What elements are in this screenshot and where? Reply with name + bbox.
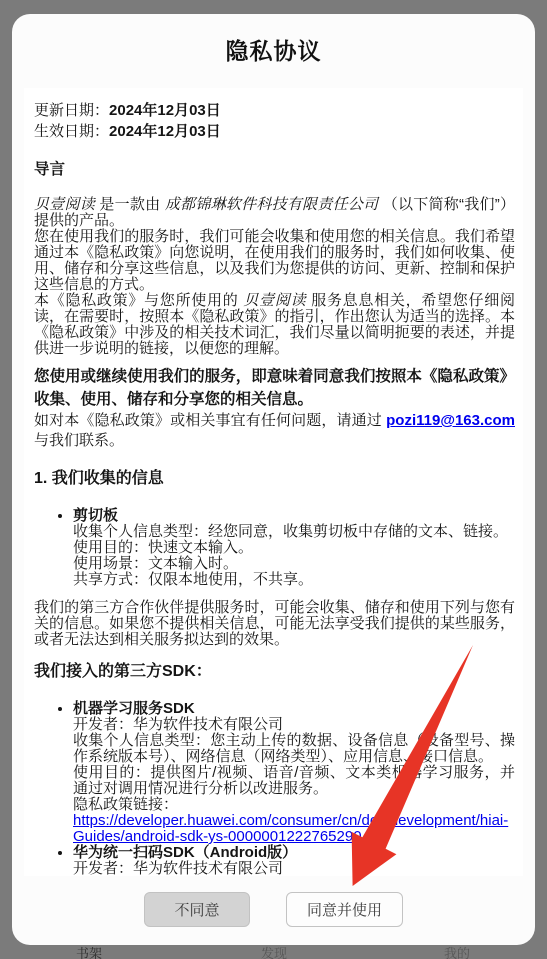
policy-scroll-area[interactable]: 更新日期：2024年12月03日 生效日期：2024年12月03日 导言 贝壹阅… bbox=[24, 88, 523, 876]
tab-discover[interactable]: 发现 bbox=[261, 943, 287, 959]
tab-bookshelf[interactable]: 书架 bbox=[76, 943, 102, 959]
app-name: 贝壹阅读 bbox=[243, 293, 306, 309]
dialog-title: 隐私协议 bbox=[12, 14, 535, 66]
list-item-ml-sdk: 机器学习服务SDK 开发者：华为软件技术有限公司 收集个人信息类型：您主动上传的… bbox=[73, 701, 515, 845]
intro-paragraph-1: 贝壹阅读 是一款由 成都锦琳软件科技有限责任公司 （以下简称“我们”）提供的产品… bbox=[34, 197, 515, 229]
collected-info-list: 剪切板 收集个人信息类型：经您同意，收集剪切板中存储的文本、链接。 使用目的：快… bbox=[34, 508, 515, 588]
agree-button[interactable]: 同意并使用 bbox=[286, 892, 403, 927]
intro-paragraph-2: 您在使用我们的服务时，我们可能会收集和使用您的相关信息。我们希望通过本《隐私政策… bbox=[34, 229, 515, 293]
policy-dates: 更新日期：2024年12月03日 生效日期：2024年12月03日 bbox=[34, 100, 515, 142]
intro-heading: 导言 bbox=[34, 162, 515, 178]
company-name: 成都锦琳软件科技有限责任公司 bbox=[165, 197, 378, 213]
app-name: 贝壹阅读 bbox=[34, 197, 95, 213]
app-screen: 书架 发现 我的 隐私协议 更新日期：2024年12月03日 生效日期：2024… bbox=[0, 0, 547, 959]
list-item-scan-sdk: 华为统一扫码SDK（Android版） 开发者：华为软件技术有限公司 bbox=[73, 845, 515, 876]
sdk-list: 机器学习服务SDK 开发者：华为软件技术有限公司 收集个人信息类型：您主动上传的… bbox=[34, 701, 515, 876]
intro-paragraph-3: 本《隐私政策》与您所使用的 贝壹阅读 服务息息相关，希望您仔细阅读，在需要时，按… bbox=[34, 293, 515, 357]
updated-date-row: 更新日期：2024年12月03日 bbox=[34, 100, 515, 121]
huawei-policy-link[interactable]: https://developer.huawei.com/consumer/cn… bbox=[73, 812, 508, 845]
section-1-heading: 1. 我们收集的信息 bbox=[34, 471, 515, 487]
privacy-dialog: 隐私协议 更新日期：2024年12月03日 生效日期：2024年12月03日 导… bbox=[12, 14, 535, 945]
third-party-note: 我们的第三方合作伙伴提供服务时，可能会收集、储存和使用下列与您有关的信息。如果您… bbox=[34, 600, 515, 648]
list-item-clipboard: 剪切板 收集个人信息类型：经您同意，收集剪切板中存储的文本、链接。 使用目的：快… bbox=[73, 508, 515, 588]
consent-statement: 您使用或继续使用我们的服务，即意味着同意我们按照本《隐私政策》收集、使用、储存和… bbox=[34, 365, 515, 411]
disagree-button[interactable]: 不同意 bbox=[144, 892, 250, 927]
contact-paragraph: 如对本《隐私政策》或相关事宜有任何问题，请通过 pozi119@163.com … bbox=[34, 411, 515, 451]
dialog-footer: 不同意 同意并使用 bbox=[12, 892, 535, 927]
effective-date-row: 生效日期：2024年12月03日 bbox=[34, 121, 515, 142]
contact-email-link[interactable]: pozi119@163.com bbox=[386, 412, 515, 429]
sdk-heading: 我们接入的第三方SDK： bbox=[34, 664, 515, 680]
tab-mine[interactable]: 我的 bbox=[444, 943, 470, 959]
